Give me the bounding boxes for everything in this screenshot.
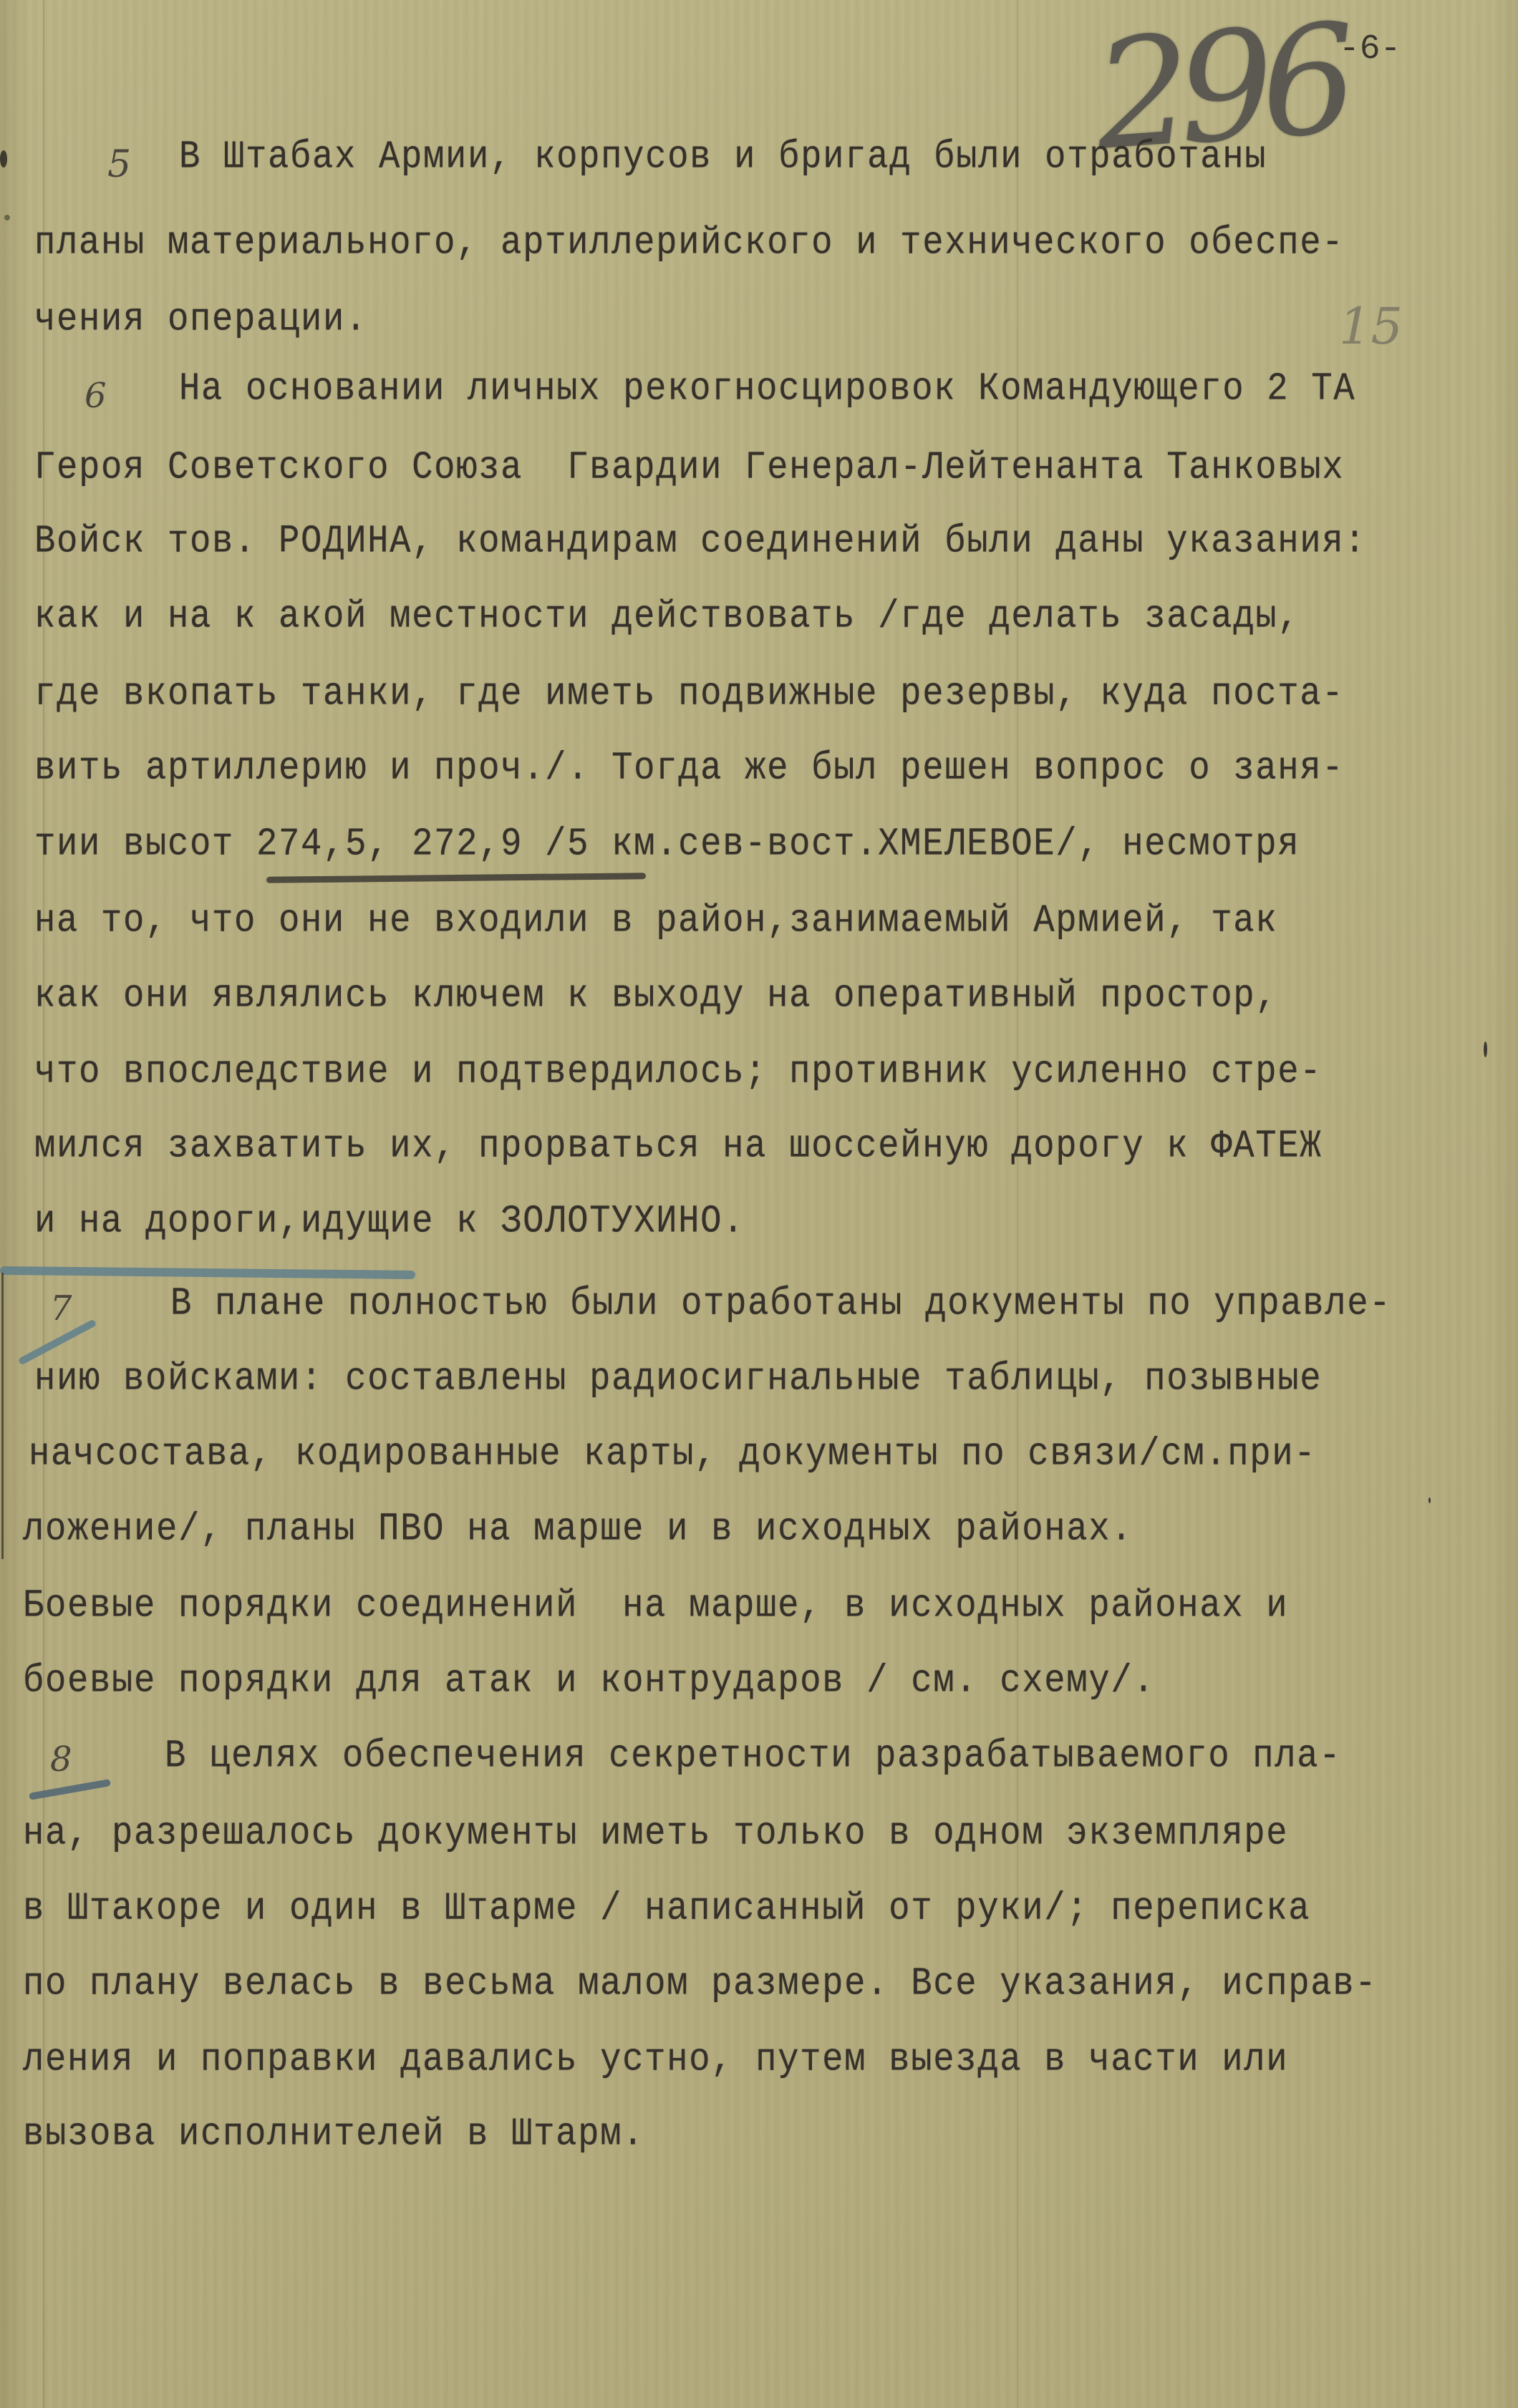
page-number: -6- xyxy=(1339,30,1401,69)
text-line: планы материального, артиллерийского и т… xyxy=(34,223,1344,263)
text-line: нию войсками: составлены радиосигнальные… xyxy=(34,1359,1322,1399)
text-line: вызова исполнителей в Штарм. xyxy=(23,2115,644,2154)
pencil-underline xyxy=(266,873,646,883)
text-line: На основании личных рекогносцировок Кома… xyxy=(179,369,1355,409)
text-line: как и на к акой местности действовать /г… xyxy=(34,597,1300,636)
blue-pencil-underline xyxy=(29,1779,111,1800)
text-line: Войск тов. РОДИНА, командирам соединений… xyxy=(34,522,1366,561)
text-line: чения операции. xyxy=(34,300,367,339)
text-line: ложение/, планы ПВО на марше и в исходны… xyxy=(23,1510,1133,1549)
binding-mark xyxy=(0,150,7,168)
text-line: где вкопать танки, где иметь подвижные р… xyxy=(34,674,1344,714)
text-line: в Штакоре и один в Штарме / написанный о… xyxy=(23,1889,1310,1928)
text-line: как они являлись ключем к выходу на опер… xyxy=(34,976,1277,1016)
text-line: на то, что они не входили в район,занима… xyxy=(34,901,1277,941)
paragraph-number-6: 6 xyxy=(84,376,107,416)
text-line: вить артиллерию и проч./. Тогда же был р… xyxy=(34,749,1344,788)
ink-speck xyxy=(1484,1042,1487,1057)
text-line: ления и поправки давались устно, путем в… xyxy=(23,2040,1288,2079)
pencil-margin-note: 15 xyxy=(1339,297,1403,356)
text-line: тии высот 274,5, 272,9 /5 км.сев-вост.ХМ… xyxy=(34,825,1300,864)
text-line: В плане полностью были отработаны докуме… xyxy=(170,1284,1391,1324)
text-line: Героя Советского Союза Гвардии Генерал-Л… xyxy=(34,448,1344,487)
text-line: на, разрешалось документы иметь только в… xyxy=(23,1814,1288,1853)
text-line: по плану велась в весьма малом размере. … xyxy=(23,1964,1377,2004)
text-line: начсостава, кодированные карты, документ… xyxy=(29,1434,1316,1474)
paragraph-number-7: 7 xyxy=(50,1288,72,1329)
text-line: Боевые порядки соединений на марше, в ис… xyxy=(23,1586,1288,1626)
paragraph-number-8: 8 xyxy=(50,1739,72,1780)
text-line: боевые порядки для атак и контрударов / … xyxy=(23,1661,1155,1701)
text-line: и на дороги,идущие к ЗОЛОТУХИНО. xyxy=(34,1202,745,1241)
text-line: что впоследствие и подтвердилось; против… xyxy=(34,1052,1322,1092)
archival-document-page: 296 -6- 15 5 В Штабах Армии, корпусов и … xyxy=(0,0,1518,2408)
text-line: мился захватить их, прорваться на шоссей… xyxy=(34,1127,1322,1166)
margin-bracket xyxy=(1,1273,8,1559)
ink-speck xyxy=(1428,1497,1431,1503)
blue-pencil-separator xyxy=(0,1266,415,1279)
text-line: В Штабах Армии, корпусов и бригад были о… xyxy=(179,137,1267,177)
paragraph-number-5: 5 xyxy=(107,143,131,186)
text-line: В целях обеспечения секретности разрабат… xyxy=(165,1737,1341,1776)
binding-mark xyxy=(4,215,10,220)
